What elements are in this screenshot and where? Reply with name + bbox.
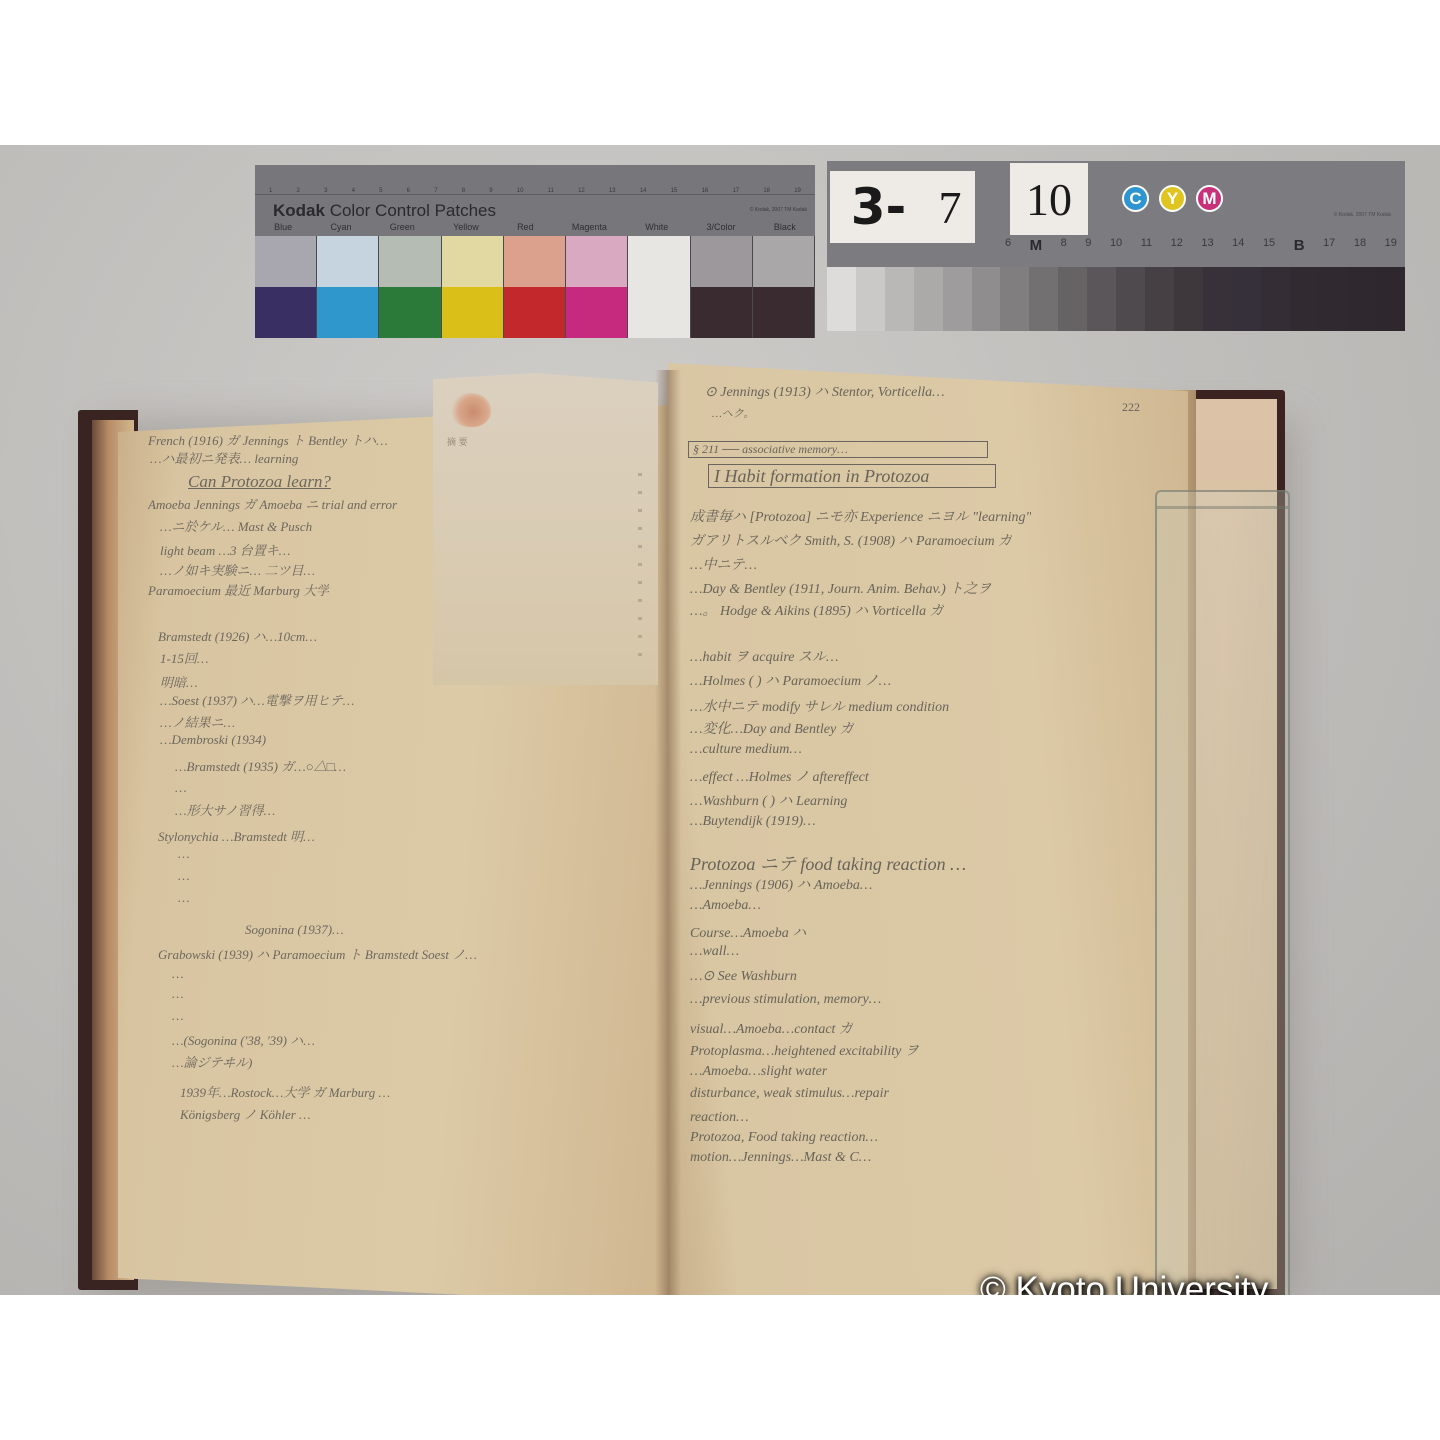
ink-dot-y: Y xyxy=(1159,185,1186,212)
left-page-line: …形大サノ習得… xyxy=(175,800,275,819)
gray-step xyxy=(1145,267,1174,331)
gray-step xyxy=(972,267,1001,331)
scale-number: 15 xyxy=(1263,237,1275,254)
gray-step xyxy=(885,267,914,331)
scale-number: B xyxy=(1294,237,1305,254)
color-patch-top xyxy=(379,236,441,287)
scale-number: 19 xyxy=(1385,237,1397,254)
gray-step xyxy=(1376,267,1405,331)
scale-number: 12 xyxy=(1171,237,1183,254)
right-page-line: Protozoa, Food taking reaction… xyxy=(690,1130,878,1146)
gray-step xyxy=(1029,267,1058,331)
scale-number: 18 xyxy=(1354,237,1366,254)
ruler-scale: 12345678910111213141516171819 xyxy=(255,169,815,195)
right-page-line: …Washburn ( ) ハ Learning xyxy=(690,790,847,810)
ruler-tick: 17 xyxy=(732,188,739,194)
right-page-line: …habit ヲ acquire スル… xyxy=(690,646,838,666)
kodak-title: Kodak Color Control Patches xyxy=(273,201,496,221)
left-page-line: light beam …3 台置キ… xyxy=(160,540,290,559)
color-patch-top xyxy=(628,236,690,287)
left-page-line: …ノ結果ニ… xyxy=(160,712,235,731)
right-page-line: …水中ニテ modify サレル medium condition xyxy=(690,696,949,716)
gray-scale-card: 3- 7 10 CYM © Kodak, 2007 TM Kodak 6M891… xyxy=(827,161,1405,331)
left-page-line: 明暗… xyxy=(160,672,198,691)
kodak-brand: Kodak xyxy=(273,201,325,220)
color-patch-top xyxy=(317,236,379,287)
left-page-line: Grabowski (1939) ハ Paramoecium ト Bramste… xyxy=(158,944,477,963)
photograph: 12345678910111213141516171819 Kodak Colo… xyxy=(0,145,1440,1295)
right-page-line: Course…Amoeba ハ xyxy=(690,922,806,942)
left-page-line: Paramoecium 最近 Marburg 大学 xyxy=(148,580,329,599)
patch-label: Cyan xyxy=(330,222,351,234)
patch-label: Yellow xyxy=(453,222,479,234)
left-page-line: 1-15回… xyxy=(160,648,208,667)
right-page-line: …wall… xyxy=(690,944,739,960)
right-page-line: …Buytendijk (1919)… xyxy=(690,814,816,830)
right-page-line: …中ニテ… xyxy=(690,554,757,574)
gray-step xyxy=(1087,267,1116,331)
ruler-tick: 4 xyxy=(352,188,355,194)
ruler-tick: 9 xyxy=(489,188,492,194)
ruler-tick: 2 xyxy=(297,188,300,194)
patch-label: Red xyxy=(517,222,534,234)
stamp-mark-icon xyxy=(451,393,491,427)
color-patch-bottom xyxy=(255,287,317,338)
cym-ink-dots: CYM xyxy=(1122,185,1223,212)
gray-step xyxy=(1232,267,1261,331)
patch-label: 3/Color xyxy=(707,222,736,234)
ruler-tick: 10 xyxy=(517,188,524,194)
left-page-line: …Soest (1937) ハ…電撃ヲ用ヒテ… xyxy=(160,690,354,709)
id-label-prefix: 3- xyxy=(830,171,927,243)
left-page-line: … xyxy=(178,868,190,884)
right-header-note-1: ⊙ Jennings (1913) ハ Stentor, Vorticella… xyxy=(705,381,945,401)
ink-dot-c: C xyxy=(1122,185,1149,212)
left-page-line: … xyxy=(172,1008,184,1024)
margin-marks xyxy=(638,473,642,663)
left-page-line: … xyxy=(178,846,190,862)
gray-step xyxy=(1058,267,1087,331)
color-patch-bottom xyxy=(504,287,566,338)
color-patch-top xyxy=(691,236,753,287)
left-page-line: … xyxy=(172,986,184,1002)
patch-labels: BlueCyanGreenYellowRedMagentaWhite3/Colo… xyxy=(255,222,815,234)
scale-number: 6 xyxy=(1005,237,1011,254)
ruler-tick: 7 xyxy=(434,188,437,194)
color-patch-top xyxy=(442,236,504,287)
right-page-line: 成書毎ハ [Protozoa] ニモ亦 Experience ニヨル "lear… xyxy=(690,506,1031,526)
right-page-line: motion…Jennings…Mast & C… xyxy=(690,1150,871,1166)
left-page-line: …(Sogonina ('38, '39) ハ… xyxy=(172,1030,315,1049)
gray-step xyxy=(914,267,943,331)
ruler-tick: 14 xyxy=(640,188,647,194)
right-page-line: reaction… xyxy=(690,1110,749,1126)
color-patch-bottom xyxy=(317,287,379,338)
color-patch-top xyxy=(566,236,628,287)
gray-step xyxy=(1000,267,1029,331)
patch-label: White xyxy=(645,222,668,234)
scale-number: 17 xyxy=(1323,237,1335,254)
right-page-line: …変化…Day and Bentley ガ xyxy=(690,718,854,738)
ink-dot-m: M xyxy=(1196,185,1223,212)
scale-number: 8 xyxy=(1061,237,1067,254)
scale-number: 10 xyxy=(1110,237,1122,254)
scale-number: 11 xyxy=(1141,237,1152,254)
book-gutter xyxy=(655,370,681,1295)
kodak-color-card: 12345678910111213141516171819 Kodak Colo… xyxy=(255,165,815,338)
patch-label: Magenta xyxy=(572,222,607,234)
gray-step xyxy=(1174,267,1203,331)
scale-number: 14 xyxy=(1232,237,1244,254)
ruler-tick: 6 xyxy=(407,188,410,194)
left-page-line: 1939年…Rostock…大学 ガ Marburg … xyxy=(180,1082,390,1101)
page-number: 222 xyxy=(1122,400,1140,415)
color-patch-top xyxy=(255,236,317,287)
color-patch-bottom xyxy=(442,287,504,338)
left-page-line: …Dembroski (1934) xyxy=(160,732,266,748)
gray-step xyxy=(1347,267,1376,331)
right-page-line: …previous stimulation, memory… xyxy=(690,992,881,1008)
right-page-line: …Jennings (1906) ハ Amoeba… xyxy=(690,874,872,894)
color-patches xyxy=(255,236,815,338)
kodak-copyright: © Kodak, 2007 TM Kodak xyxy=(750,207,807,213)
gray-step xyxy=(1290,267,1319,331)
left-page-line: French (1916) ガ Jennings ト Bentley トハ… xyxy=(148,430,388,449)
color-patch-top xyxy=(753,236,815,287)
right-page-line: Protoplasma…heightened excitability ヲ xyxy=(690,1040,919,1060)
ruler-tick: 11 xyxy=(548,188,554,194)
ruler-tick: 16 xyxy=(702,188,709,194)
right-page-line: ガアリトスルベク Smith, S. (1908) ハ Paramoecium … xyxy=(690,530,1012,550)
scale-number: 9 xyxy=(1085,237,1091,254)
right-page-line: …。 Hodge & Aikins (1895) ハ Vorticella ガ xyxy=(690,600,944,620)
right-page-line: …Day & Bentley (1911, Journ. Anim. Behav… xyxy=(690,578,991,598)
copyright-watermark: © Kyoto University. xyxy=(980,1270,1276,1295)
left-page-line: Can Protozoa learn? xyxy=(188,472,331,492)
right-page-line: …Amoeba…slight water xyxy=(690,1064,827,1080)
gray-step xyxy=(1116,267,1145,331)
color-patch-bottom xyxy=(628,287,690,338)
section-title: I Habit formation in Protozoa xyxy=(714,466,929,487)
left-page-line: …論ジテヰル) xyxy=(172,1052,252,1071)
kodak-subtitle: Color Control Patches xyxy=(330,201,496,220)
inserted-sheet: 摘 要 xyxy=(433,373,658,685)
patch-label: Green xyxy=(390,222,415,234)
subheading-note: § 211 ── associative memory… xyxy=(693,442,848,457)
right-page-line: …Holmes ( ) ハ Paramoecium ノ… xyxy=(690,670,891,690)
scale-number: M xyxy=(1030,237,1043,254)
left-page-line: … xyxy=(175,780,187,796)
left-page-line: Amoeba Jennings ガ Amoeba ニ trial and err… xyxy=(148,494,397,513)
ruler-tick: 12 xyxy=(578,188,585,194)
left-page-line: … xyxy=(178,890,190,906)
gray-step xyxy=(1318,267,1347,331)
color-patch-bottom xyxy=(753,287,815,338)
id-label-number: 7 xyxy=(925,171,975,243)
ruler-tick: 13 xyxy=(609,188,616,194)
gray-copyright: © Kodak, 2007 TM Kodak xyxy=(1334,212,1391,218)
left-page-line: …ニ於ケル… Mast & Pusch xyxy=(160,516,312,535)
right-page-line: …culture medium… xyxy=(690,742,802,758)
gray-step xyxy=(856,267,885,331)
page-label: 10 xyxy=(1010,163,1088,235)
left-page-line: …ノ如キ実験ニ… 二ツ目… xyxy=(160,560,315,579)
right-page-line: …effect …Holmes ノ aftereffect xyxy=(690,766,869,786)
patch-label: Black xyxy=(774,222,796,234)
color-patch-bottom xyxy=(566,287,628,338)
ruler-tick: 5 xyxy=(379,188,382,194)
ruler-tick: 19 xyxy=(794,188,801,194)
left-page-line: Stylonychia …Bramstedt 明… xyxy=(158,826,315,845)
right-page-line: …⊙ See Washburn xyxy=(690,968,797,985)
ruler-tick: 3 xyxy=(324,188,327,194)
ruler-tick: 1 xyxy=(269,188,272,194)
ruler-tick: 8 xyxy=(462,188,465,194)
gray-scale-numbers: 6M89101112131415B171819 xyxy=(1005,237,1397,254)
left-page-line: Königsberg ノ Köhler … xyxy=(180,1104,311,1123)
glass-slide xyxy=(1155,490,1290,1295)
right-header-note-2: …ヘク。 xyxy=(712,405,754,421)
patch-label: Blue xyxy=(274,222,292,234)
left-page-line: Sogonina (1937)… xyxy=(245,922,344,938)
color-patch-top xyxy=(504,236,566,287)
gray-step xyxy=(1203,267,1232,331)
left-page-line: …ハ最初ニ発表… learning xyxy=(150,448,298,467)
insert-label: 摘 要 xyxy=(447,435,468,448)
gray-step xyxy=(943,267,972,331)
left-page-line: … xyxy=(172,966,184,982)
color-patch-bottom xyxy=(691,287,753,338)
right-page-line: disturbance, weak stimulus…repair xyxy=(690,1086,889,1102)
ruler-tick: 18 xyxy=(763,188,770,194)
right-page-line: Protozoa ニテ food taking reaction … xyxy=(690,850,966,876)
right-page-line: visual…Amoeba…contact ガ xyxy=(690,1018,853,1038)
color-patch-bottom xyxy=(379,287,441,338)
ruler-tick: 15 xyxy=(671,188,678,194)
gray-scale-steps xyxy=(827,267,1405,331)
gray-step xyxy=(827,267,856,331)
scale-number: 13 xyxy=(1201,237,1213,254)
gray-step xyxy=(1261,267,1290,331)
right-page-line: …Amoeba… xyxy=(690,898,761,914)
left-page-line: …Bramstedt (1935) ガ…○△□… xyxy=(175,756,346,775)
left-page-line: Bramstedt (1926) ハ…10cm… xyxy=(158,626,317,645)
